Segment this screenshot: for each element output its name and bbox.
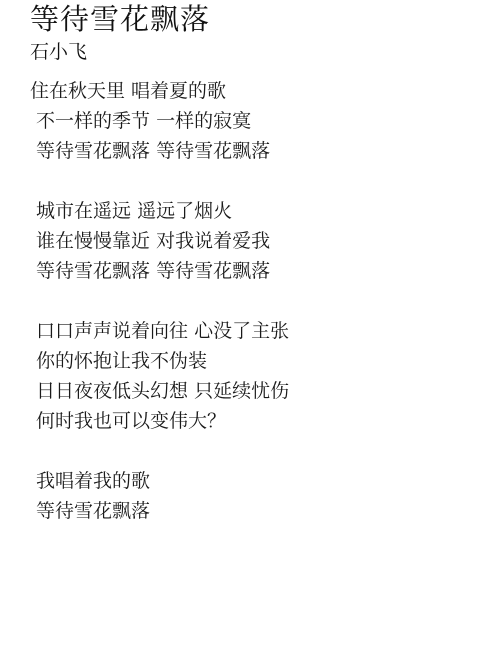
lyric-line: 等待雪花飘落	[30, 496, 500, 526]
lyric-line: 我唱着我的歌	[30, 466, 500, 496]
stanza-break	[30, 286, 500, 316]
artist-name: 石小飞	[30, 38, 500, 66]
lyrics-page: 等待雪花飘落 石小飞 住在秋天里 唱着夏的歌 不一样的季节 一样的寂寞 等待雪花…	[30, 0, 500, 526]
lyric-line: 何时我也可以变伟大？	[30, 406, 500, 436]
lyrics-body: 住在秋天里 唱着夏的歌 不一样的季节 一样的寂寞 等待雪花飘落 等待雪花飘落 城…	[30, 76, 500, 526]
lyric-line: 住在秋天里 唱着夏的歌	[30, 76, 500, 106]
stanza-break	[30, 436, 500, 466]
lyric-line: 等待雪花飘落 等待雪花飘落	[30, 136, 500, 166]
lyric-line: 日日夜夜低头幻想 只延续忧伤	[30, 376, 500, 406]
lyric-line: 不一样的季节 一样的寂寞	[30, 106, 500, 136]
stanza-break	[30, 166, 500, 196]
lyric-line: 你的怀抱让我不伪装	[30, 346, 500, 376]
lyric-line: 城市在遥远 遥远了烟火	[30, 196, 500, 226]
lyric-line: 口口声声说着向往 心没了主张	[30, 316, 500, 346]
lyric-line: 等待雪花飘落 等待雪花飘落	[30, 256, 500, 286]
song-title: 等待雪花飘落	[30, 0, 500, 38]
lyric-line: 谁在慢慢靠近 对我说着爱我	[30, 226, 500, 256]
